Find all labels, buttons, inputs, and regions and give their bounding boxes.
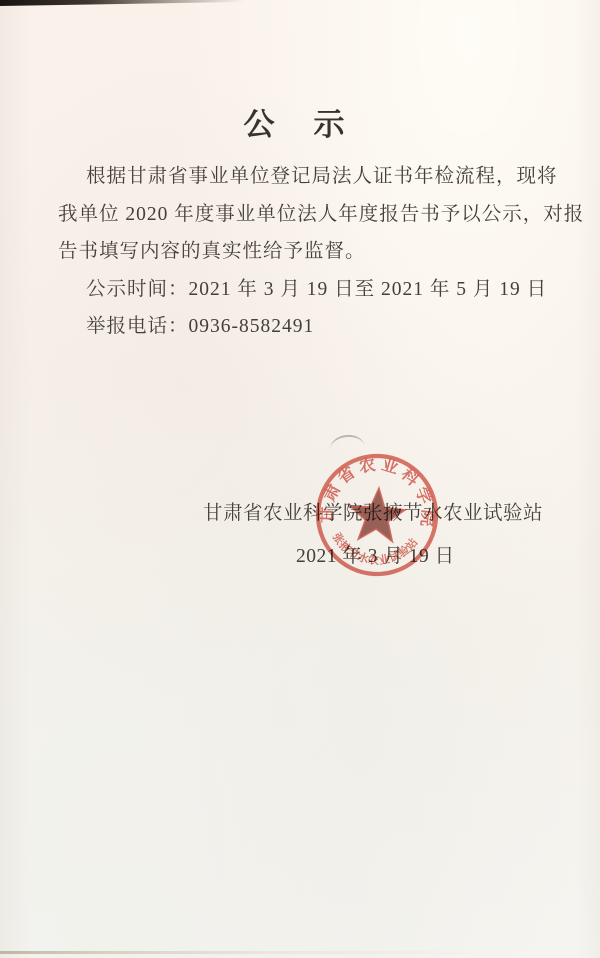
scan-shadow-bottom-edge <box>0 951 490 954</box>
doc-body: 根据甘肃省事业单位登记局法人证书年检流程，现将 我单位 2020 年度事业单位法… <box>58 158 538 346</box>
scanned-announcement-page: 公 示 根据甘肃省事业单位登记局法人证书年检流程，现将 我单位 2020 年度事… <box>0 0 600 958</box>
scan-shadow-top-edge <box>0 0 252 6</box>
body-line-notice-period: 公示时间：2021 年 3 月 19 日至 2021 年 5 月 19 日 <box>58 271 538 309</box>
body-line-intro: 根据甘肃省事业单位登记局法人证书年检流程，现将 <box>58 158 538 196</box>
body-line-3: 告书填写内容的真实性给予监督。 <box>58 233 538 271</box>
doc-title: 公 示 <box>0 99 592 144</box>
body-line-2: 我单位 2020 年度事业单位法人年度报告书予以公示，对报 <box>58 196 538 234</box>
official-red-seal: 甘肃省农业科学院 张掖节水农业试验站 <box>304 445 451 586</box>
body-line-report-hotline: 举报电话：0936-8582491 <box>58 308 538 346</box>
seal-star-fill <box>348 486 407 542</box>
